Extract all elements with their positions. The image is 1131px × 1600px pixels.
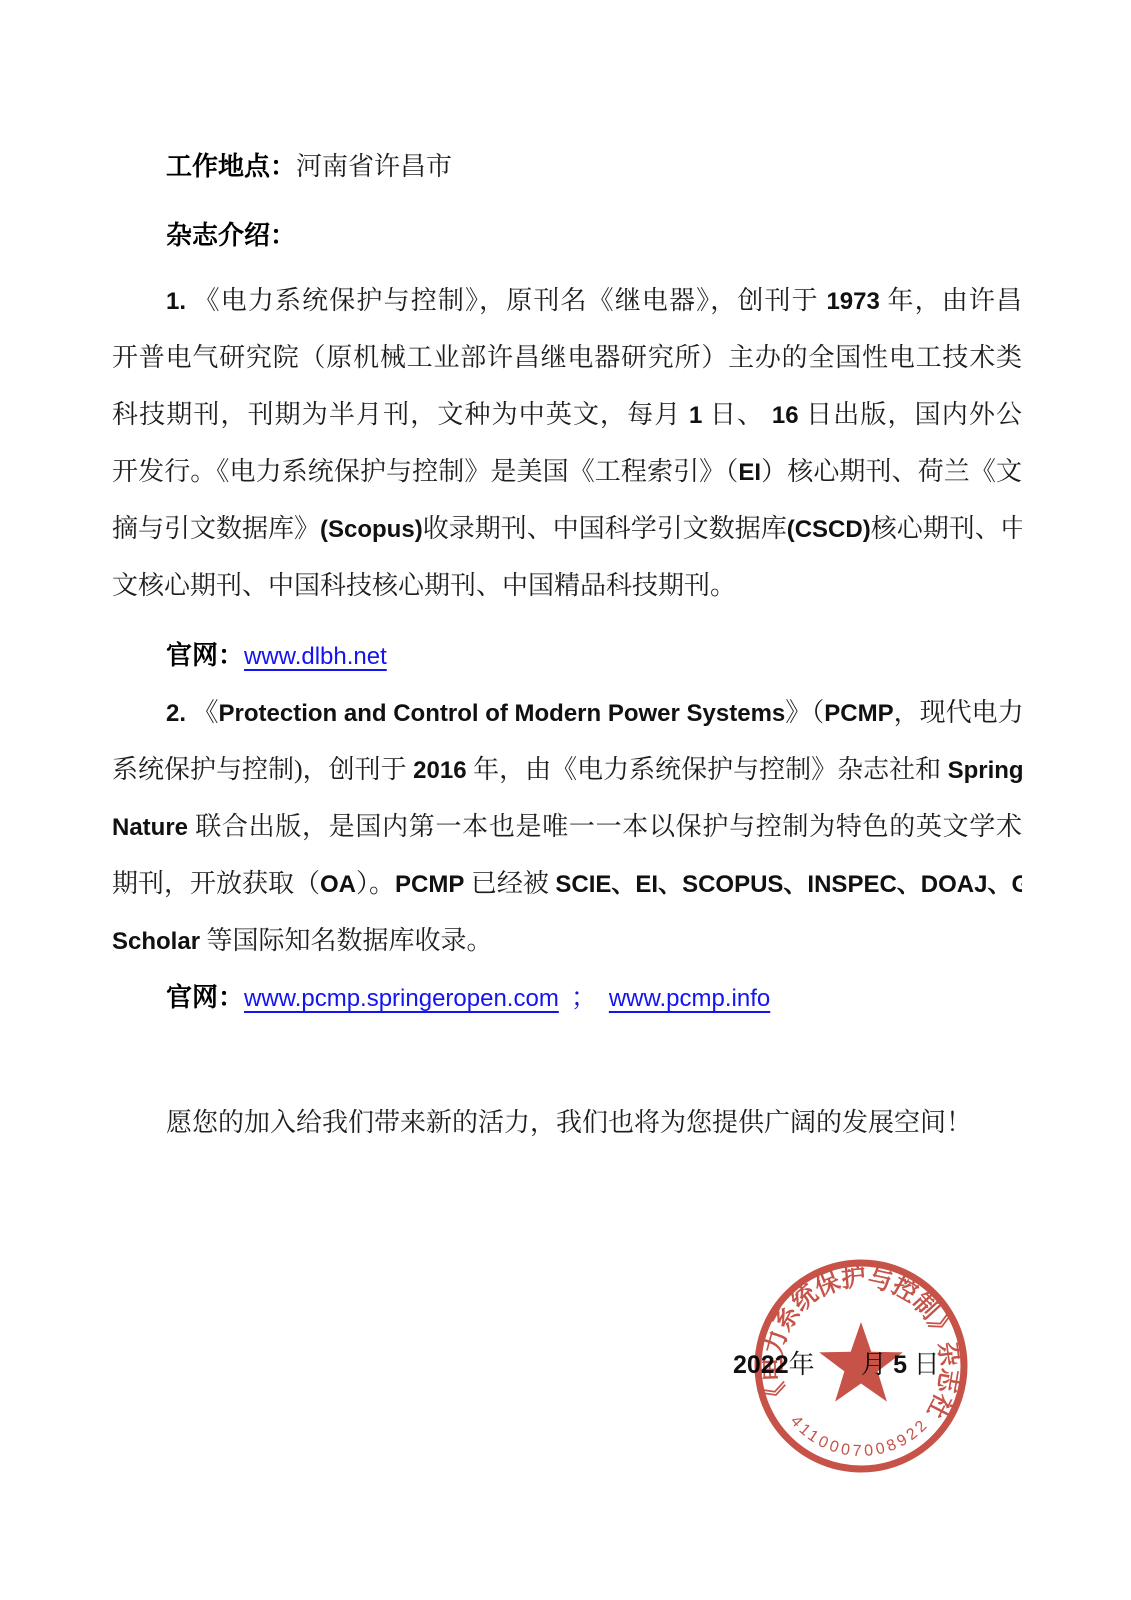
p1-line6: 文核心期刊、中国科技核心期刊、中国精品科技期刊。 <box>112 557 1022 614</box>
site-label: 官网： <box>166 982 244 1012</box>
p2-line2: 系统保护与控制)，创刊于 2016 年，由《电力系统保护与控制》杂志社和 Spr… <box>112 741 1022 798</box>
p2-line1: 2. 《Protection and Control of Modern Pow… <box>112 684 1022 741</box>
item-number: 1. <box>166 288 186 315</box>
p2-line5: Scholar 等国际知名数据库收录。 <box>112 912 1022 969</box>
p1-line5: 摘与引文数据库》(Scopus)收录期刊、中国科学引文数据库(CSCD)核心期刊… <box>112 500 1022 557</box>
site1-line: 官网：www.dlbh.net <box>112 627 1022 684</box>
index-databases: SCIE、EI、SCOPUS、INSPEC、DOAJ、Google <box>555 871 1022 898</box>
p1-line1: 1. 《电力系统保护与控制》，原刊名《继电器》，创刊于 1973 年，由许昌 <box>112 272 1022 329</box>
p1-line4: 开发行。《电力系统保护与控制》是美国《工程索引》（EI）核心期刊、荷兰《文 <box>112 443 1022 500</box>
pcmp-springeropen-link[interactable]: www.pcmp.springeropen.com <box>244 985 559 1012</box>
ei-index: EI <box>738 459 761 486</box>
p2-line4: 期刊，开放获取（OA）。PCMP 已经被 SCIE、EI、SCOPUS、INSP… <box>112 855 1022 912</box>
year-1973: 1973 <box>826 288 879 315</box>
dlbh-link[interactable]: www.dlbh.net <box>244 643 387 670</box>
link-separator: ； <box>571 983 597 1012</box>
cscd-index: (CSCD) <box>787 516 871 543</box>
document-page: 工作地点：河南省许昌市 杂志介绍： 1. 《电力系统保护与控制》，原刊名《继电器… <box>0 0 1131 1151</box>
work-location-label: 工作地点： <box>166 151 296 181</box>
journal-seal: 《电力系统保护与控制》杂志社 4110007008922 <box>746 1251 976 1481</box>
p1-line2: 开普电气研究院（原机械工业部许昌继电器研究所）主办的全国性电工技术类 <box>112 329 1022 386</box>
year-2016: 2016 <box>413 757 466 784</box>
work-location-line: 工作地点：河南省许昌市 <box>112 138 1022 195</box>
seal-star-icon <box>819 1322 903 1402</box>
site2-line: 官网：www.pcmp.springeropen.com；www.pcmp.in… <box>112 969 1022 1026</box>
site-label: 官网： <box>166 640 244 670</box>
closing-line: 愿您的加入给我们带来新的活力，我们也将为您提供广阔的发展空间！ <box>112 1094 1022 1151</box>
p1-line3: 科技期刊，刊期为半月刊，文种为中英文，每月 1 日、 16 日出版，国内外公 <box>112 386 1022 443</box>
p2-line3: Nature 联合出版，是国内第一本也是唯一一本以保护与控制为特色的英文学术 <box>112 798 1022 855</box>
pcmp-journal-title: Protection and Control of Modern Power S… <box>219 700 786 727</box>
pcmp-info-link[interactable]: www.pcmp.info <box>609 985 770 1012</box>
magazine-intro-heading: 杂志介绍： <box>112 207 1022 264</box>
scopus-index: (Scopus) <box>320 516 423 543</box>
item-number: 2. <box>166 700 186 727</box>
work-location-value: 河南省许昌市 <box>296 152 452 181</box>
